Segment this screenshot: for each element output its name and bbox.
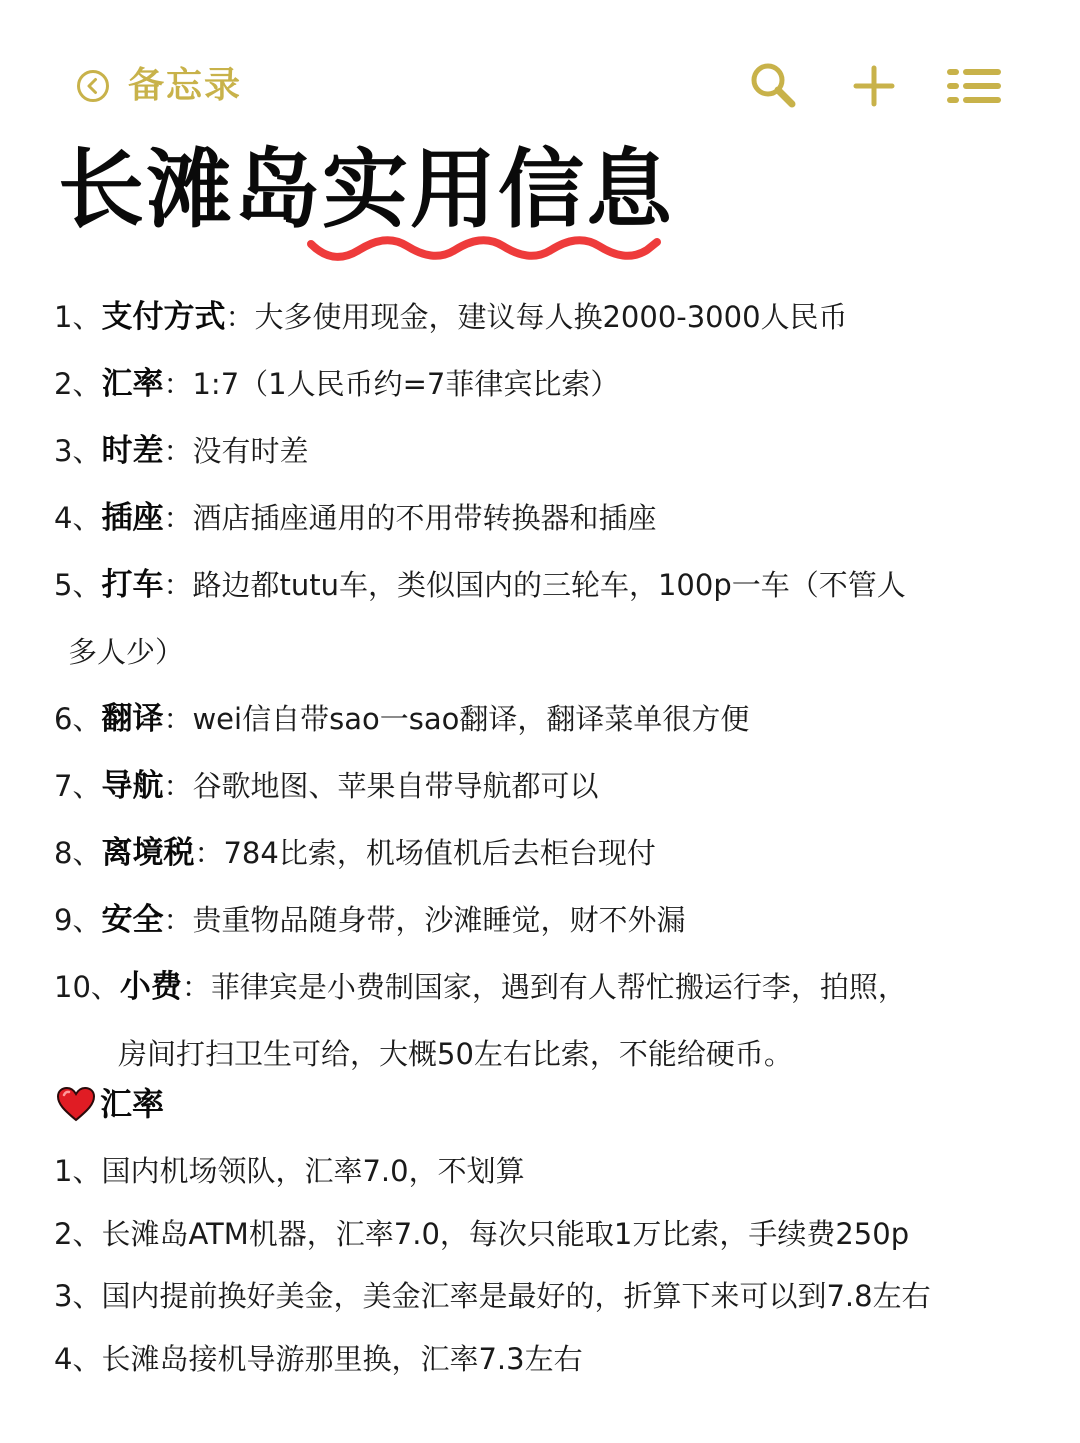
- back-label: 备忘录: [128, 66, 242, 106]
- item-text: 1:7（1人民币约=7菲律宾比索）: [192, 367, 619, 401]
- item-label: 离境税: [101, 835, 194, 871]
- info-list: 1、支付方式：大多使用现金，建议每人换2000-3000人民币 2、汇率：1:7…: [54, 284, 1034, 1088]
- list-item: 4、长滩岛接机导游那里换，汇率7.3左右: [54, 1328, 1044, 1391]
- item-text-continuation: 多人少）: [54, 619, 1034, 686]
- plus-icon[interactable]: [846, 58, 902, 114]
- item-label: 汇率: [101, 366, 163, 402]
- list-item: 10、小费：菲律宾是小费制国家，遇到有人帮忙搬运行李，拍照， 房间打扫卫生可给，…: [54, 954, 1034, 1088]
- item-label: 时差: [101, 433, 163, 469]
- heart-icon: [56, 1086, 96, 1122]
- wavy-underline-decoration: [305, 232, 663, 266]
- item-label: 插座: [101, 500, 163, 536]
- back-chevron-icon: [76, 69, 110, 103]
- exchange-rate-list: 1、国内机场领队，汇率7.0，不划算 2、长滩岛ATM机器，汇率7.0，每次只能…: [54, 1140, 1044, 1390]
- item-text: 没有时差: [192, 434, 308, 468]
- item-text: 酒店插座通用的不用带转换器和插座: [192, 501, 656, 535]
- list-item: 5、打车：路边都tutu车，类似国内的三轮车，100p一车（不管人 多人少）: [54, 552, 1034, 686]
- list-item: 8、离境税：784比索，机场值机后去柜台现付: [54, 820, 1034, 887]
- item-label: 打车: [101, 567, 163, 603]
- item-label: 翻译: [101, 701, 163, 737]
- list-item: 2、汇率：1:7（1人民币约=7菲律宾比索）: [54, 351, 1034, 418]
- section-heading: 汇率: [56, 1082, 164, 1126]
- list-item: 6、翻译：wei信自带sao一sao翻译，翻译菜单很方便: [54, 686, 1034, 753]
- list-item: 9、安全：贵重物品随身带，沙滩睡觉，财不外漏: [54, 887, 1034, 954]
- item-label: 安全: [101, 902, 163, 938]
- list-item: 3、时差：没有时差: [54, 418, 1034, 485]
- list-item: 1、支付方式：大多使用现金，建议每人换2000-3000人民币: [54, 284, 1034, 351]
- list-item: 3、国内提前换好美金，美金汇率是最好的，折算下来可以到7.8左右: [54, 1265, 1044, 1328]
- item-text: 784比索，机场值机后去柜台现付: [223, 836, 655, 870]
- list-item: 1、国内机场领队，汇率7.0，不划算: [54, 1140, 1044, 1203]
- toolbar-actions: [746, 58, 1002, 114]
- search-icon[interactable]: [746, 58, 802, 114]
- list-icon[interactable]: [946, 58, 1002, 114]
- top-bar: 备忘录: [0, 0, 1080, 140]
- back-button[interactable]: 备忘录: [76, 66, 242, 106]
- item-text-continuation: 房间打扫卫生可给，大概50左右比索，不能给硬币。: [54, 1021, 1034, 1088]
- section-title: 汇率: [100, 1082, 164, 1126]
- item-label: 小费: [120, 969, 182, 1005]
- list-item: 2、长滩岛ATM机器，汇率7.0，每次只能取1万比索，手续费250p: [54, 1203, 1044, 1266]
- item-label: 支付方式: [101, 299, 225, 335]
- item-text: 贵重物品随身带，沙滩睡觉，财不外漏: [192, 903, 685, 937]
- list-item: 7、导航：谷歌地图、苹果自带导航都可以: [54, 753, 1034, 820]
- item-label: 导航: [101, 768, 163, 804]
- item-text: 路边都tutu车，类似国内的三轮车，100p一车（不管人: [192, 568, 905, 602]
- item-text: 谷歌地图、苹果自带导航都可以: [192, 769, 598, 803]
- item-text: 大多使用现金，建议每人换2000-3000人民币: [254, 300, 847, 334]
- item-text: 菲律宾是小费制国家，遇到有人帮忙搬运行李，拍照，: [211, 970, 907, 1004]
- page-title: 长滩岛实用信息: [58, 140, 674, 240]
- item-text: wei信自带sao一sao翻译，翻译菜单很方便: [192, 702, 749, 736]
- list-item: 4、插座：酒店插座通用的不用带转换器和插座: [54, 485, 1034, 552]
